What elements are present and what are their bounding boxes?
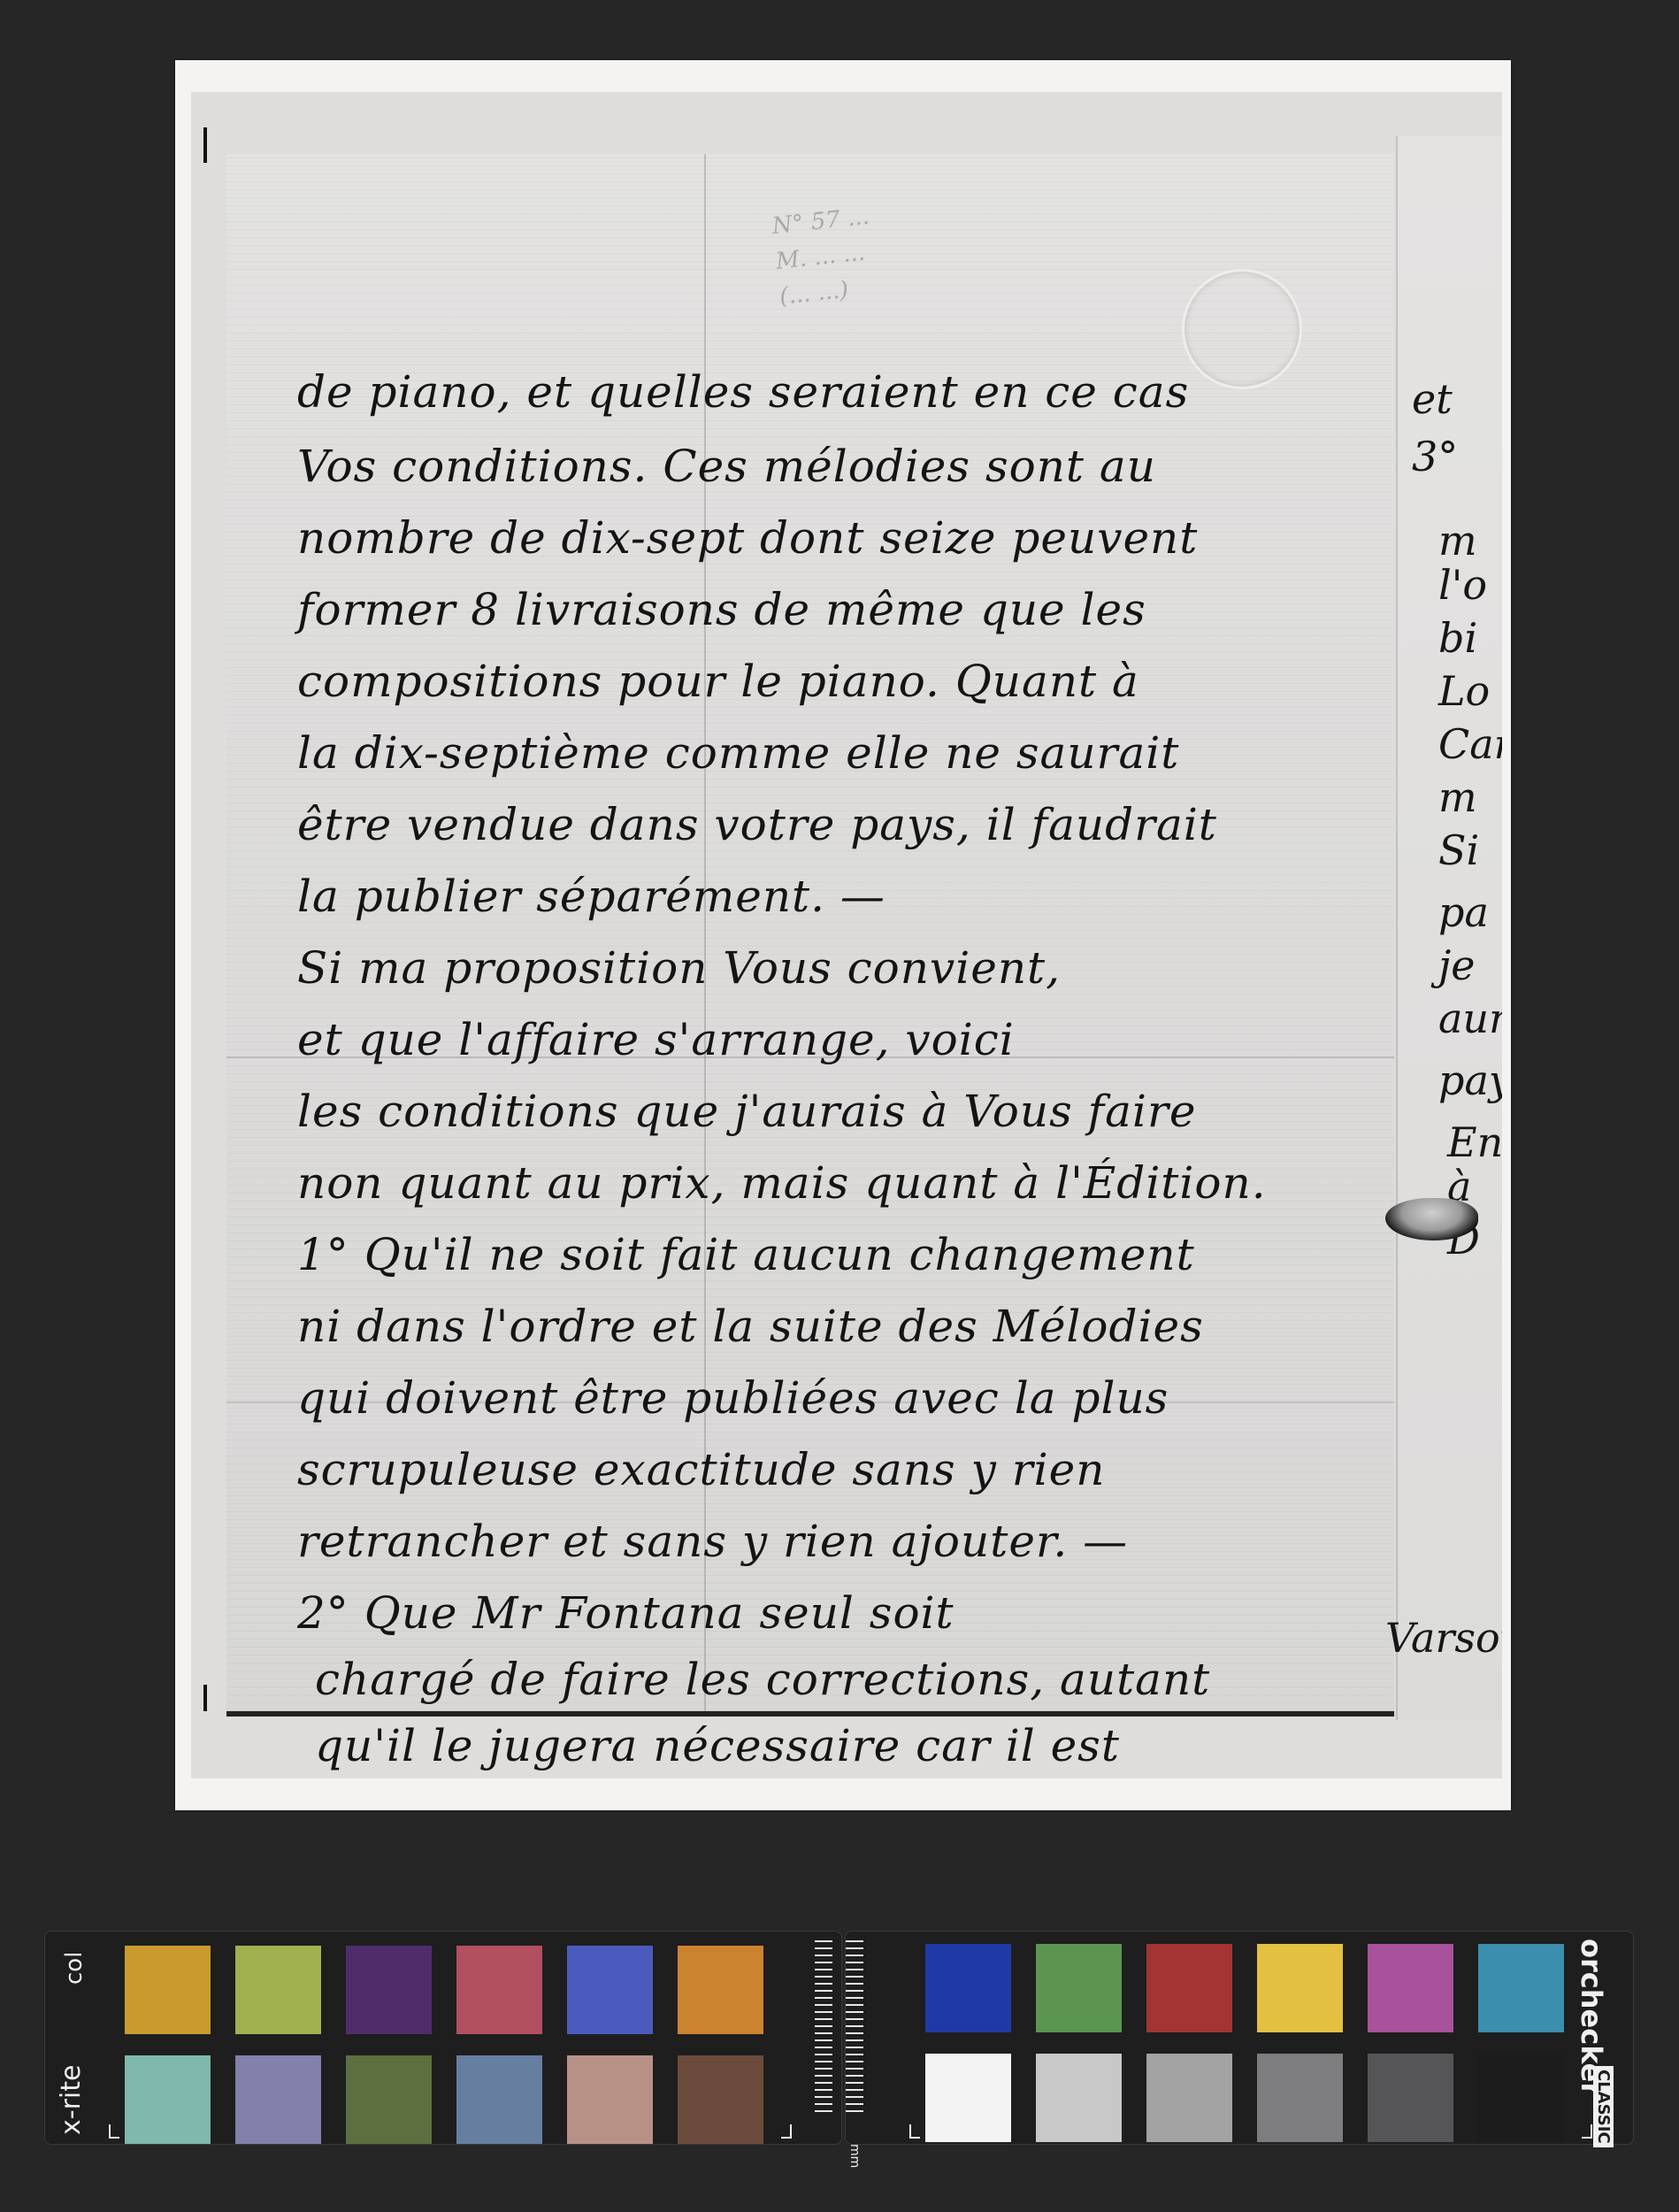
adjacent-text-fragment: Si — [1438, 826, 1479, 874]
embossed-monogram-icon — [1182, 269, 1302, 389]
swatch — [678, 1946, 763, 2034]
swatch — [1478, 2054, 1564, 2142]
color-checker-left-panel: col x-rite — [44, 1931, 842, 2145]
swatch — [1257, 2054, 1343, 2142]
letter-photograph: N° 57 ... M. ... ... (... ...) de piano,… — [191, 92, 1502, 1778]
handwritten-line: les conditions que j'aurais à Vous faire — [297, 1086, 1196, 1137]
handwritten-line: compositions pour le piano. Quant à — [297, 656, 1139, 707]
swatch — [678, 2055, 763, 2144]
adjacent-text-fragment: pay — [1438, 1056, 1502, 1104]
handwritten-line: 2° Que Mr Fontana seul soit — [297, 1587, 954, 1639]
swatch — [1036, 1944, 1122, 2032]
mm-ruler — [815, 1940, 832, 2117]
swatch — [925, 2054, 1011, 2142]
swatch — [235, 1946, 321, 2034]
handwritten-line: qui doivent être publiées avec la plus — [297, 1372, 1169, 1424]
swatch — [456, 1946, 542, 2034]
swatch — [567, 2055, 653, 2144]
handwritten-line: chargé de faire les corrections, autant — [315, 1654, 1210, 1705]
handwritten-line: être vendue dans votre pays, il faudrait — [297, 799, 1217, 850]
swatch — [346, 1946, 432, 2034]
swatch — [567, 1946, 653, 2034]
corner-mark — [781, 2124, 792, 2139]
classic-badge: CLASSIC — [1593, 2066, 1614, 2147]
adjacent-text-fragment: En — [1447, 1118, 1502, 1166]
swatch — [1146, 2054, 1232, 2142]
swatch — [925, 1944, 1011, 2032]
swatch — [125, 2055, 211, 2144]
handwritten-line: Vos conditions. Ces mélodies sont au — [297, 441, 1156, 492]
adjacent-text-fragment: l'o — [1438, 561, 1487, 609]
handwritten-line: la publier séparément. — — [297, 871, 885, 922]
swatch — [1368, 2054, 1453, 2142]
handwritten-line: et que l'affaire s'arrange, voici — [297, 1014, 1015, 1065]
corner-mark — [109, 2124, 119, 2139]
adjacent-text-fragment: Lo — [1438, 667, 1490, 715]
handwritten-line: scrupuleuse exactitude sans y rien — [297, 1444, 1105, 1495]
colorchecker-prefix: or — [1575, 1939, 1608, 1972]
letter-page: N° 57 ... M. ... ... (... ...) de piano,… — [226, 154, 1394, 1717]
wax-seal-icon — [1385, 1198, 1478, 1240]
adjacent-text-fragment: et — [1412, 375, 1453, 423]
handwritten-line: ni dans l'ordre et la suite des Mélodies — [297, 1301, 1204, 1352]
swatch — [1257, 1944, 1343, 2032]
swatch — [235, 2055, 321, 2144]
edge-mark — [203, 127, 207, 163]
handwritten-line: non quant au prix, mais quant à l'Éditio… — [297, 1157, 1267, 1209]
adjacent-text-fragment: je — [1438, 941, 1476, 989]
address-block-ghost: N° 57 ... M. ... ... (... ...) — [770, 170, 1151, 314]
xrite-logo: x-rite — [56, 2065, 87, 2135]
adjacent-text-fragment: bi — [1438, 614, 1477, 662]
photo-print: N° 57 ... M. ... ... (... ...) de piano,… — [175, 60, 1511, 1810]
adjacent-text-fragment: pa — [1438, 888, 1489, 936]
adjacent-text-fragment: aur — [1438, 995, 1502, 1042]
corner-mark — [1582, 2124, 1592, 2139]
handwritten-line: 1° Qu'il ne soit fait aucun changement — [297, 1229, 1195, 1280]
handwritten-line: de piano, et quelles seraient en ce cas — [297, 366, 1189, 418]
swatch — [1146, 1944, 1232, 2032]
swatch — [125, 1946, 211, 2034]
handwritten-line: nombre de dix-sept dont seize peuvent — [297, 512, 1198, 564]
adjacent-text-fragment: m — [1438, 517, 1477, 565]
adjacent-text-fragment: m — [1438, 773, 1477, 821]
swatch — [456, 2055, 542, 2144]
adjacent-text-fragment: 3° — [1412, 433, 1458, 480]
handwritten-line: retrancher et sans y rien ajouter. — — [297, 1516, 1128, 1567]
handwritten-line: former 8 livraisons de même que les — [297, 584, 1146, 635]
swatch — [1036, 2054, 1122, 2142]
swatch — [1478, 1944, 1564, 2032]
adjacent-text-fragment: Car — [1438, 720, 1502, 768]
swatch — [346, 2055, 432, 2144]
swatch — [1368, 1944, 1453, 2032]
corner-mark — [909, 2124, 920, 2139]
ruler-unit-label: mm — [847, 2144, 862, 2168]
color-checker-right-panel: mm orchecker CLASSIC — [845, 1931, 1634, 2145]
edge-mark — [203, 1685, 207, 1711]
checker-label-col: col — [61, 1952, 88, 1985]
handwritten-line: la dix-septième comme elle ne saurait — [297, 727, 1179, 779]
handwritten-line: qu'il le jugera nécessaire car il est — [315, 1720, 1120, 1771]
adjacent-text-fragment: Varsov — [1385, 1614, 1502, 1662]
handwritten-line: Si ma proposition Vous convient, — [297, 942, 1061, 994]
mm-ruler — [846, 1940, 863, 2117]
